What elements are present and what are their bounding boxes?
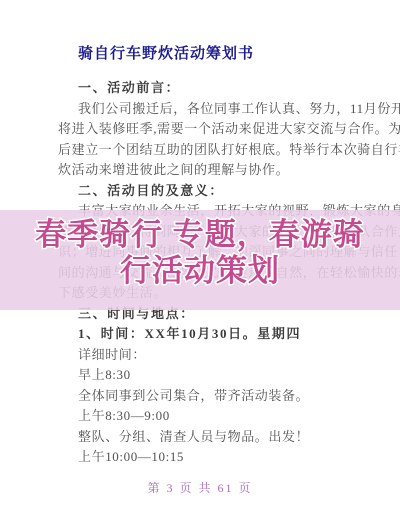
doc-line-6: 二、活动目的及意义： (58, 181, 370, 202)
document-page: 骑自行车野炊活动筹划书 一、活动前言：我们公司搬迁后，各位同事工作认真、努力，1… (0, 0, 400, 517)
doc-line-2: 我们公司搬迁后，各位同事工作认真、努力，11月份开场 (58, 99, 370, 120)
doc-line-13: 1、时间：XX年10月30日。星期四 (58, 324, 370, 345)
doc-line-3: 将进入装修旺季,需要一个活动来促进大家交流与合作。为以 (58, 119, 370, 140)
promo-title-line2: 行活动策划 (0, 253, 400, 289)
promo-overlay-band: 春季骑行 专题，春游骑 行活动策划 (0, 210, 400, 310)
document-title: 骑自行车野炊活动筹划书 (78, 44, 370, 64)
doc-line-17: 上午8:30—9:00 (58, 406, 370, 427)
promo-overlay-title: 春季骑行 专题，春游骑 行活动策划 (0, 217, 400, 289)
promo-title-line1: 春季骑行 专题，春游骑 (0, 217, 400, 253)
doc-line-16: 全体同事到公司集合，带齐活动装备。 (58, 386, 370, 407)
doc-line-4: 后建立一个团结互助的团队打好根底。特举行本次骑自行车野 (58, 140, 370, 161)
doc-line-14: 详细时间： (58, 345, 370, 366)
doc-line-19: 上午10:00—10:15 (58, 447, 370, 468)
doc-line-15: 早上8:30 (58, 365, 370, 386)
doc-line-18: 整队、分组、清查人员与物品。出发！ (58, 427, 370, 448)
page-number-footer: 第 3 页 共 61 页 (0, 479, 400, 496)
doc-line-1: 一、活动前言： (58, 78, 370, 99)
doc-line-5: 炊活动来增进彼此之间的理解与协作。 (58, 160, 370, 181)
